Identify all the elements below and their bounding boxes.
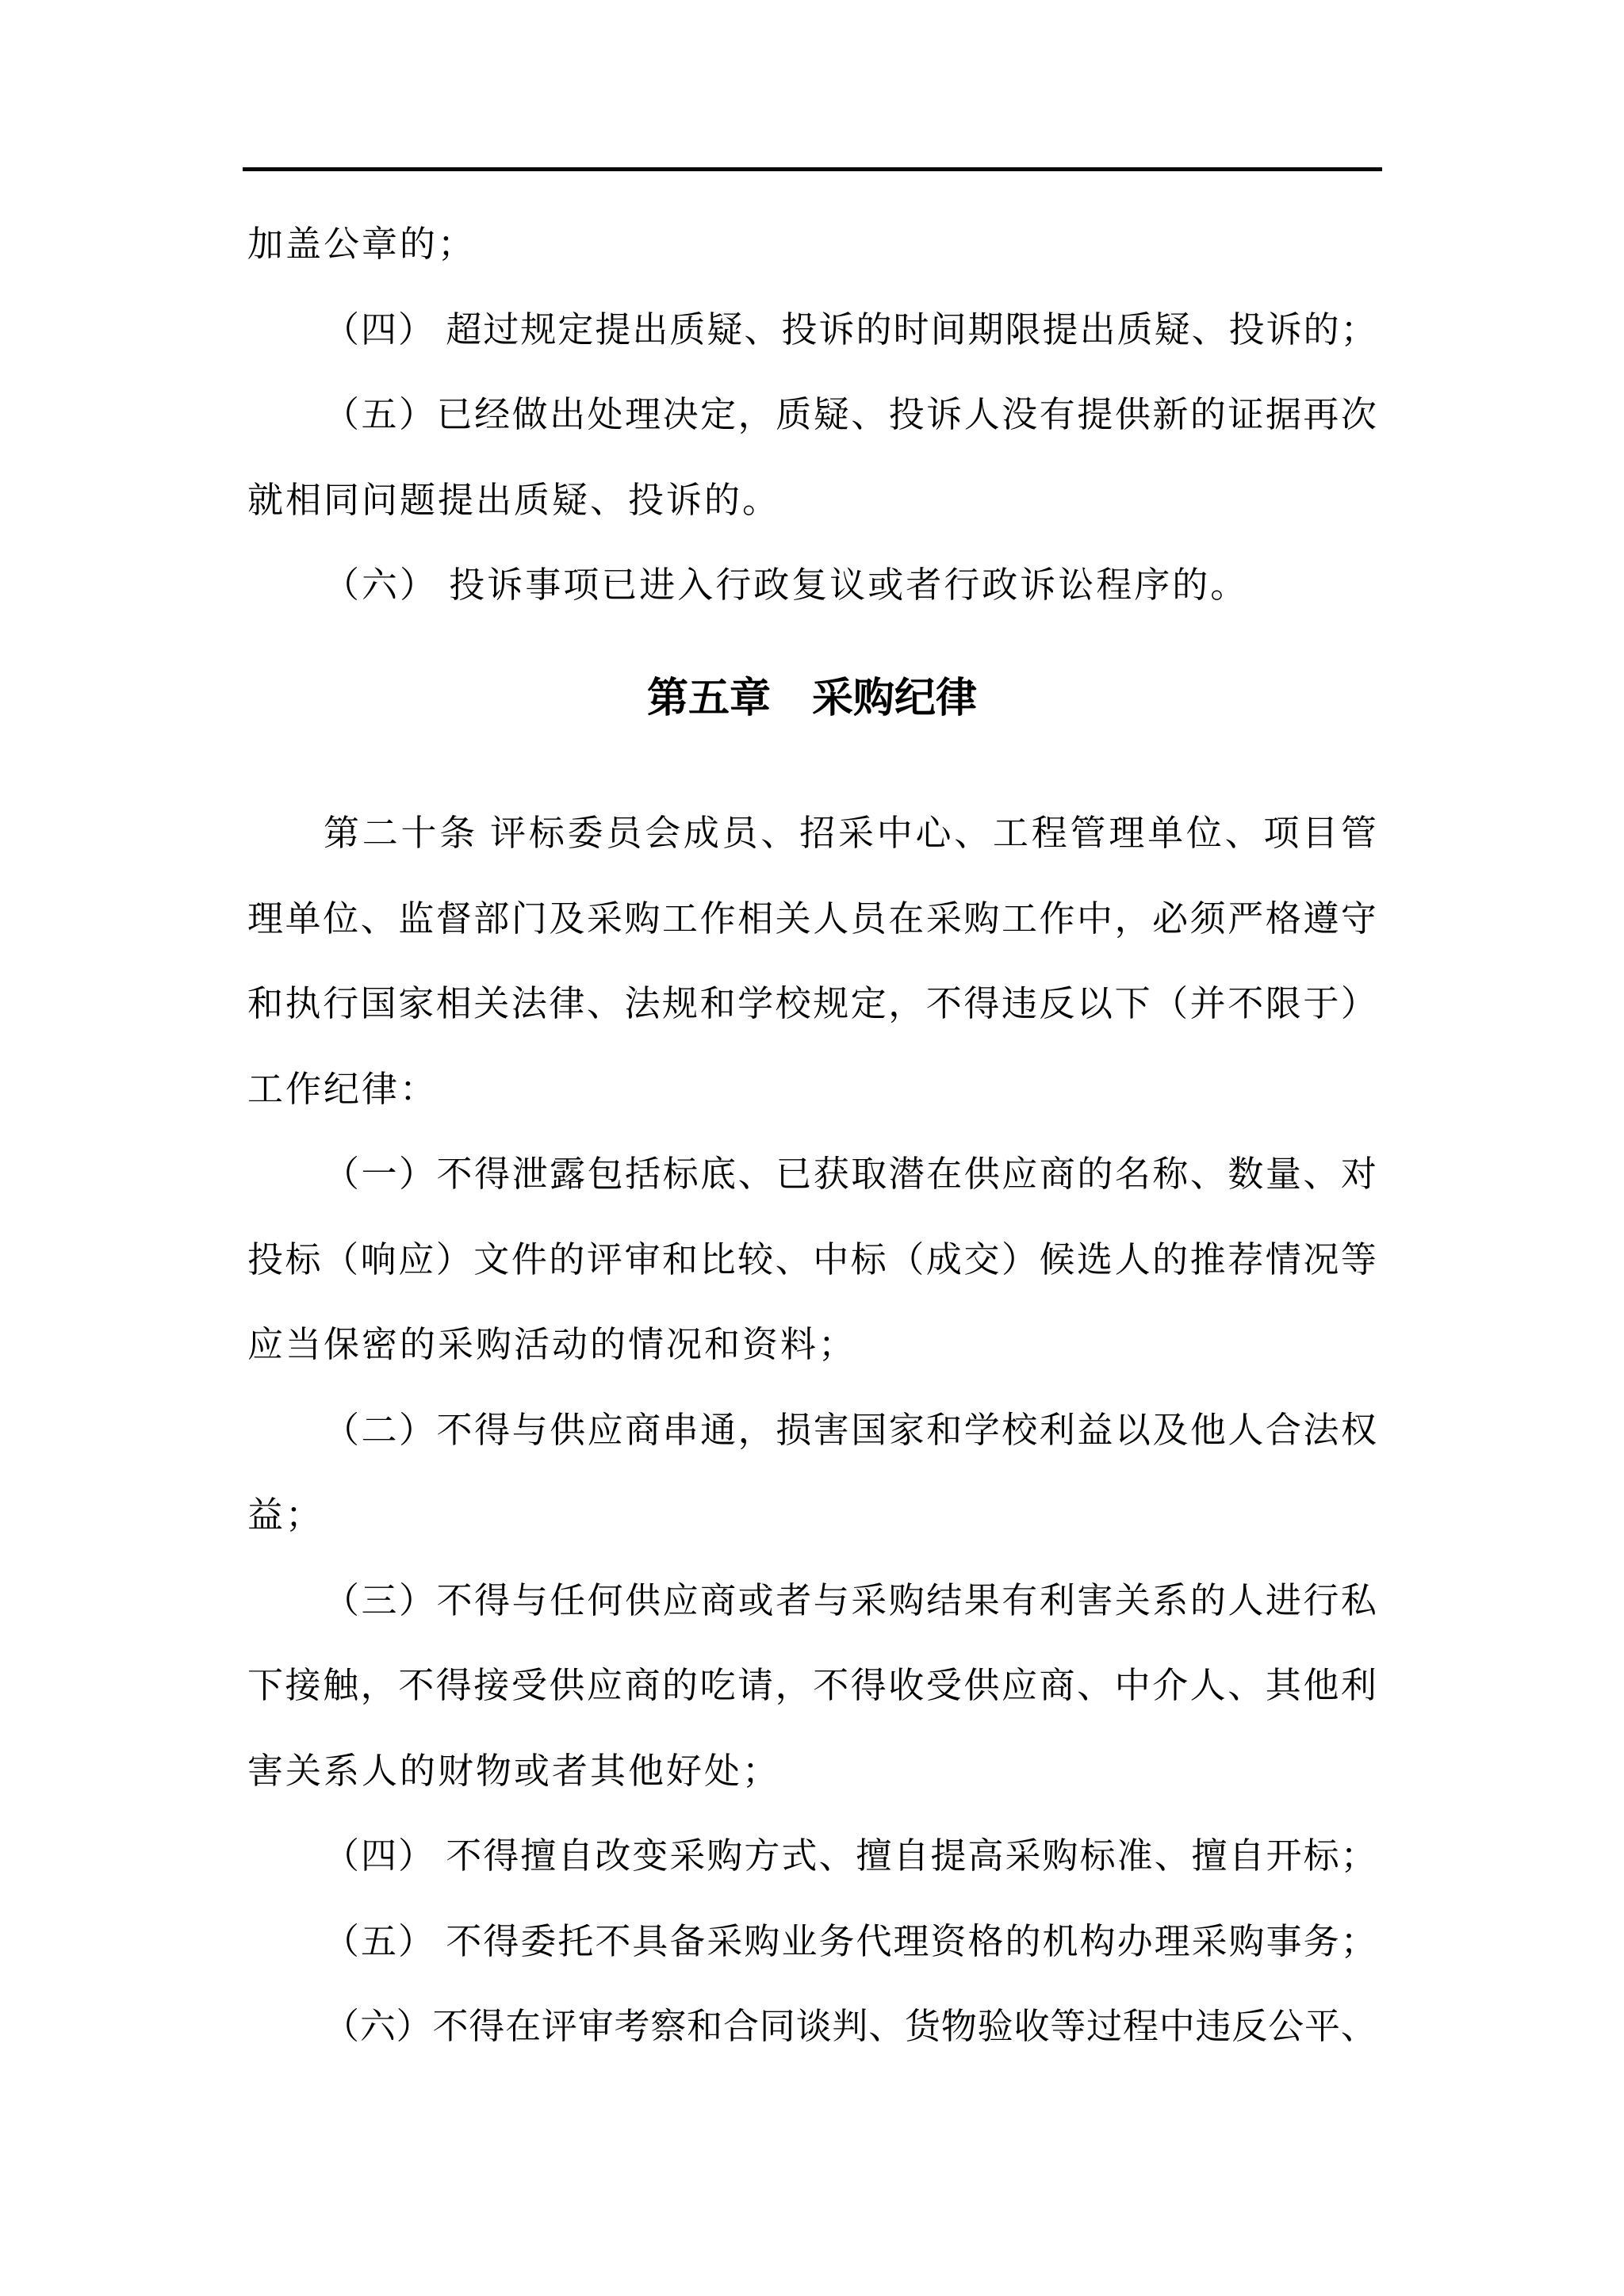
- text-line: 益；: [247, 1468, 1377, 1554]
- text-line: （五）已经做出处理决定，质疑、投诉人没有提供新的证据再次: [247, 368, 1377, 453]
- text-line: 就相同问题提出质疑、投诉的。: [247, 453, 1377, 539]
- text-line: 和执行国家相关法律、法规和学校规定，不得违反以下（并不限于）: [247, 957, 1377, 1043]
- text-line: （四） 不得擅自改变采购方式、擅自提高采购标准、擅自开标；: [247, 1809, 1377, 1895]
- text-line: 第二十条 评标委员会成员、招采中心、工程管理单位、项目管: [247, 786, 1377, 872]
- text-line: （一）不得泄露包括标底、已获取潜在供应商的名称、数量、对: [247, 1127, 1377, 1213]
- text-line: （二）不得与供应商串通，损害国家和学校利益以及他人合法权: [247, 1383, 1377, 1469]
- text-line: （五） 不得委托不具备采购业务代理资格的机构办理采购事务；: [247, 1895, 1377, 1980]
- text-line: 下接触，不得接受供应商的吃请，不得收受供应商、中介人、其他利: [247, 1639, 1377, 1724]
- document-page: 加盖公章的； （四） 超过规定提出质疑、投诉的时间期限提出质疑、投诉的； （五）…: [0, 0, 1624, 2296]
- text-line: （四） 超过规定提出质疑、投诉的时间期限提出质疑、投诉的；: [247, 283, 1377, 369]
- header-rule: [243, 167, 1382, 171]
- text-line: （六） 投诉事项已进入行政复议或者行政诉讼程序的。: [247, 538, 1377, 624]
- text-line: （六）不得在评审考察和合同谈判、货物验收等过程中违反公平、: [247, 1980, 1377, 2065]
- text-line: 投标（响应）文件的评审和比较、中标（成交）候选人的推荐情况等: [247, 1213, 1377, 1299]
- text-line: 害关系人的财物或者其他好处；: [247, 1724, 1377, 1810]
- text-line: （三）不得与任何供应商或者与采购结果有利害关系的人进行私: [247, 1554, 1377, 1640]
- text-line: 工作纪律：: [247, 1043, 1377, 1128]
- chapter-heading: 第五章 采购纪律: [247, 656, 1377, 741]
- text-line: 加盖公章的；: [247, 197, 1377, 283]
- text-line: 应当保密的采购活动的情况和资料；: [247, 1298, 1377, 1383]
- text-line: 理单位、监督部门及采购工作相关人员在采购工作中，必须严格遵守: [247, 872, 1377, 958]
